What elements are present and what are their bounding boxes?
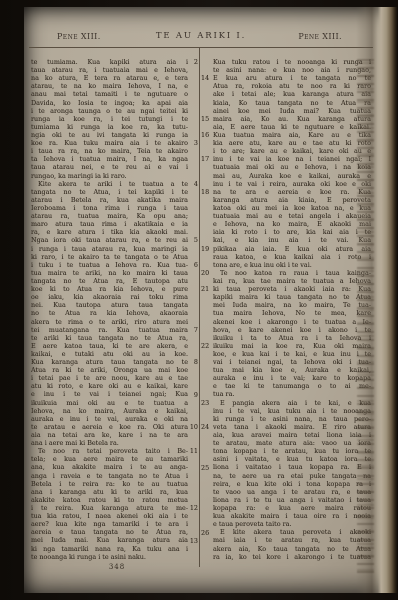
text-line: koe ki to Atua ra kia Iehova, e pure [31,285,188,293]
text-line: i taua ra ra, na ko maira, Teia te akair… [31,147,188,155]
text-line: e inu i te vai i teianei ngai; Kua [31,390,188,398]
text-line: te aratau, mate atura aia: vaoo ua iora [213,439,371,447]
verse-number: 25 [201,464,212,472]
text-line: mai au, Auraka koe e kaikai, auraka e [213,172,371,180]
text-line: tei muatangana ra. Kua tuatua maira [31,326,188,334]
text-line: Kua tuatua maira aia, Kare au e tika [213,131,371,139]
verse-number: 9 [187,391,198,399]
text-line: i to are; kare au e kaikai, kare oki au … [213,147,371,155]
verse-number: 23 [201,399,212,407]
verse-number: 2 [187,58,198,66]
text-line: te aratau e aereia e koe ra. Oki atura [31,423,188,431]
text-line: tua maira Iehova, No te mea, kare [213,309,371,317]
text-line: kiaia, Ko taua tangata no te Atua ra [213,99,371,107]
verse-number: 6 [187,261,198,269]
verse-number: 13 [187,537,198,545]
text-line: maro atura taua rima i akatikaia e ia [31,220,188,228]
text-line: akakite katoa ratou ki to ratou metua [31,496,188,504]
text-line: mei Iuda maira, na ko maira, Te tua- [213,301,371,309]
text-line: tua ra. [213,390,371,398]
verse-number: 18 [201,188,212,196]
text-line: Kua tuku ratou i te nooanga ki runga i [213,58,371,66]
text-line: ki taua peroveta i akaoki iaia ra: Kua [213,285,371,293]
header-rule [29,47,373,48]
verse-number: 20 [201,269,212,277]
text-line: Atua ra, rokoia atu te noo ra ki raro [213,82,371,90]
text-line: aia na tetai ara ke, kare i na te ara [31,431,188,439]
text-line: Ieroboama i tona rima i runga i taua [31,204,188,212]
text-line: anga i raveia e te tangata no te Atua i [31,472,188,480]
text-line: tela; e kua aere maira te au tamariki [31,455,188,463]
text-line: kai ra, kua tae maira te tuatua a Iehova [213,277,371,285]
text-line: i te aronga taunga o te au ngai teitei k… [31,107,188,115]
text-line: tumiama ki runga ia koe ra, ka tutu- [31,123,188,131]
text-line: ana, kua akakite maira i te au anga- [31,463,188,471]
text-line: atu ki roto, e kare oki au e kaikai, kar… [31,382,188,390]
text-line: taua atarau nei, e te reu ai e vai i [31,163,188,171]
text-line: kai, e kia inu aia i te vai. Kua [213,236,371,244]
text-line: Te noo katoa ra raua i taua kainga- [213,269,371,277]
text-line: oe iaku, kia akaoraia rai toku rima [31,293,188,301]
text-line: reira, e kua kite oki i tona kopapa ra i [213,480,371,488]
text-line: te tumiama. Kua kapiki atura aia i [31,58,188,66]
text-line: ainei koe mei Iuda mai? Kua tuatua [213,107,371,115]
text-line: te nooanga ki runga i te asini naku. [31,553,188,561]
text-line: ta Iehova i tuatua maira, I na, ka ngaa [31,155,188,163]
right-text-column: Kua tuku ratou i te nooanga ki runga ite… [213,58,371,561]
text-line: auraka e inu i te vai, auraka e oki na [31,415,188,423]
text-line: na, te aere ua ra etai puke tangata na [213,472,371,480]
text-line: Betela i te reira ra: ko te au tuatua [31,480,188,488]
text-line: i runga i taua atarau ra, kua maringi ia [31,245,188,253]
text-line: asini i vaitata, e kua tu katoa iora te [213,455,371,463]
text-line: veta tana i akaoki maira. E riro atura [213,423,371,431]
text-line: vai i teianei ngai, ta Iehova oki i tua- [213,358,371,366]
text-line: akenei koe i akarongo i te tuatua a Ie- [213,318,371,326]
text-line: aereia e taua tangata no te Atua ra, [31,528,188,536]
text-line: ake i tetai ale; kua karanga atura aia [213,90,371,98]
verse-number: 8 [187,358,198,366]
text-line: i tuku i te tuatua a Iehova ra. Kua tua- [31,261,188,269]
text-line: ikuiku mai ia koe ra, Kua oki maira [213,342,371,350]
text-line: E aere katoa taua, ki te are akera, e [31,342,188,350]
text-line: te ariki ki taua tangata no te Atua ra, [31,334,188,342]
verse-number: 11 [187,447,198,455]
text-line: e tae ki te tanumanga o to ai me- [213,382,371,390]
running-head-chapter-right: Pene XIII. [298,32,342,41]
text-line: tona are, e kua inu oki i te vai. [213,261,371,269]
text-line: maira aia, Ko au. Kua karanga atura [213,115,371,123]
text-line: ra, e kare atura i tika kia akaoki mai. [31,228,188,236]
text-line: kopapa ra: e kua aere maira ratou [213,504,371,512]
text-line: i tetai pae i te are noou, kare au e tae [31,374,188,382]
text-line: ana i karanga atu ki te ariki ra, kua [31,488,188,496]
text-line: pikikaa aia iaia. E kua oki atura aia [213,245,371,253]
text-line: inu i te vai i reira, auraka oki koe e o… [213,180,371,188]
text-line: mei Iuda mai. Kua karanga atura aia [31,536,188,544]
text-line: E kua aru atura i te tangata no te [213,74,371,82]
text-line: akera aia, Ko taua tangata no te Atua [213,545,371,553]
text-line: atarau, te na ko maira Iehova, I na, e [31,82,188,90]
text-line: e Iehova, na ko maira, E akaoki mai [213,220,371,228]
text-line: tua mai kia koe e, Auraka e kaikai, [213,366,371,374]
verse-number: 26 [201,529,212,537]
text-line: ngia oki te au ivi tangata ki runga ia [31,131,188,139]
text-line: atarau ra, tuatua maira, Ka opu ana; [31,212,188,220]
text-line: Te noo ra tetai peroveta taito i Be- [31,447,188,455]
text-line: inu i te vai ia koe na i teianei ngai; I [213,155,371,163]
text-line: tua maira te ariki, na ko maira ki taua [31,269,188,277]
verse-number: 17 [201,155,212,163]
text-line: tangata no te Atua ra, E tautopa atu [31,277,188,285]
text-line: ikuiku i ta to Atua ra i ta Iehova i [213,334,371,342]
text-line: iaia ki roto i to are, kia kai aia i te [213,228,371,236]
text-line: mai iaia i te aratau ra, kua tuatua [213,536,371,544]
text-line: tuatuaia mai oki au e Iehova, i na koia [213,163,371,171]
text-line: katoa oki au mei ia koe katoa na, e kua [213,204,371,212]
text-line: Iehova, na ko maira, Auraka e kaikai, [31,407,188,415]
text-line: te asini nana: e kua noo aia i rungao, [213,66,371,74]
text-line: liona i vaitatao i taua kopapa ra. E i [213,463,371,471]
text-line: i te reira. Kua karanga atura te me- [31,504,188,512]
text-line: na te ara e aereia e koe ra. Kua [213,188,371,196]
text-line: Ngaa iora oki taua atarau ra, e te reu a… [31,236,188,244]
text-line: Kite akera te ariki i te tuatua a te [31,180,188,188]
verse-number: 19 [201,245,212,253]
text-line: E pangia akera aia i te kai, e kua [213,399,371,407]
text-line: koe, e kua kai i te kai, e kua inu i te [213,350,371,358]
verse-number: 4 [187,180,198,188]
text-line: Davida, ko Iosia te ingoa; ka apai aia [31,99,188,107]
text-line: tona kopapa i te aratau, kua tu iora te [213,447,371,455]
text-line: tua kia ratou, I naea akenei oki aia i t… [31,512,188,520]
verse-number: 14 [201,74,212,82]
text-line: nei. Kua tautopa atura taua tangata [31,301,188,309]
text-line: ra ia, ko tei kore i akarongo i te tuatu… [213,553,371,561]
verse-number: 21 [201,285,212,293]
text-line: kaikai, e tutaki atu oki au ia koe. [31,350,188,358]
text-line: no te Atua ra kia Iehova, akaoraia [31,309,188,317]
text-line: ki runga i te asini nana, na taua pero- [213,415,371,423]
text-line: raua katoa, e kua kaikai aia i roto i [213,253,371,261]
text-line: Kua karanga atura taua tangata no te [31,358,188,366]
verse-number: 3 [187,139,198,147]
running-head: Pene XIII. TE AU ARIKI I. Pene XIII. [30,32,372,44]
verse-number: 24 [201,423,212,431]
text-line: runga ia koe ra, i tei tutungi i te [31,115,188,123]
text-line: aia, E aere taua ki te ngutuare e kaikai… [213,123,371,131]
text-line: ana i aere mai ki Betela ra. [31,439,188,447]
left-text-column: te tumiama. Kua kapiki atura aia itaua a… [31,58,188,561]
text-line: hova, e kare akenei koe i akono i te [213,326,371,334]
text-line: na ko atura, E tera ra atarau e, e tera [31,74,188,82]
verse-number: 16 [201,131,212,139]
text-line: tuatuaia mai au e tetai angela i akaueia [213,212,371,220]
verse-number: 15 [201,115,212,123]
verse-number: 10 [187,423,198,431]
text-line: atarau i Betela ra, kua akatika maira [31,196,188,204]
text-line: E kite akera taua peroveta i akaoki [213,528,371,536]
text-line: ki raro, i te akairo ta te tangata o te … [31,253,188,261]
verse-number: 5 [187,236,198,244]
text-line: e taua peroveta taito ra. [213,520,371,528]
verse-number: 22 [201,342,212,350]
text-line: anau mai tetai tamaiti i te ngutuare o [31,90,188,98]
text-line: kia aere atu, kare au e tae atu ki roto [213,139,371,147]
text-line: ikuikuia mai oki au e te tuatua a [31,399,188,407]
column-divider-rule [199,48,200,567]
text-line: karanga atura aia kiaia, E peroveta [213,196,371,204]
text-line: liona ra i te tu ua anga i vaitatao i ta… [213,496,371,504]
text-line: akera te rima o te ariki, riro atura mei [31,318,188,326]
text-line: rungao, ka maringi ia ki raro. [31,172,188,180]
verse-number: 12 [187,504,198,512]
text-line: kua akakite maira i taua oire ra i nooia [213,512,371,520]
book-page: Pene XIII. TE AU ARIKI I. Pene XIII. te … [24,7,398,593]
text-line: ki nga tamariki nana ra, Ka tuku ana i [31,545,188,553]
text-line: tangata no te Atua, i tei kapiki i te [31,188,188,196]
text-line: koe ra. Kua tuku maira aia i te akairo [31,139,188,147]
text-line: inu i te vai, kua tuku aia i te nooanga [213,407,371,415]
text-line: auraka e inu i te vai; kare to kopapa [213,374,371,382]
verse-number: 7 [187,326,198,334]
text-line: kapiki maira ki taua tangata no te Atua [213,293,371,301]
text-line: taua atarau ra, i tuatuaia mai e Iehova, [31,66,188,74]
text-line: Atua ra ki te ariki, Oronga ua mai koe [31,366,188,374]
text-line: aia, kua aravei maira tetai liona iaia i [213,431,371,439]
text-line: aere? kua kite nga tamariki i te ara i [31,520,188,528]
text-line: te vaoo ua anga i te aratau ra, e taua [213,488,371,496]
page-number: 348 [87,563,147,571]
